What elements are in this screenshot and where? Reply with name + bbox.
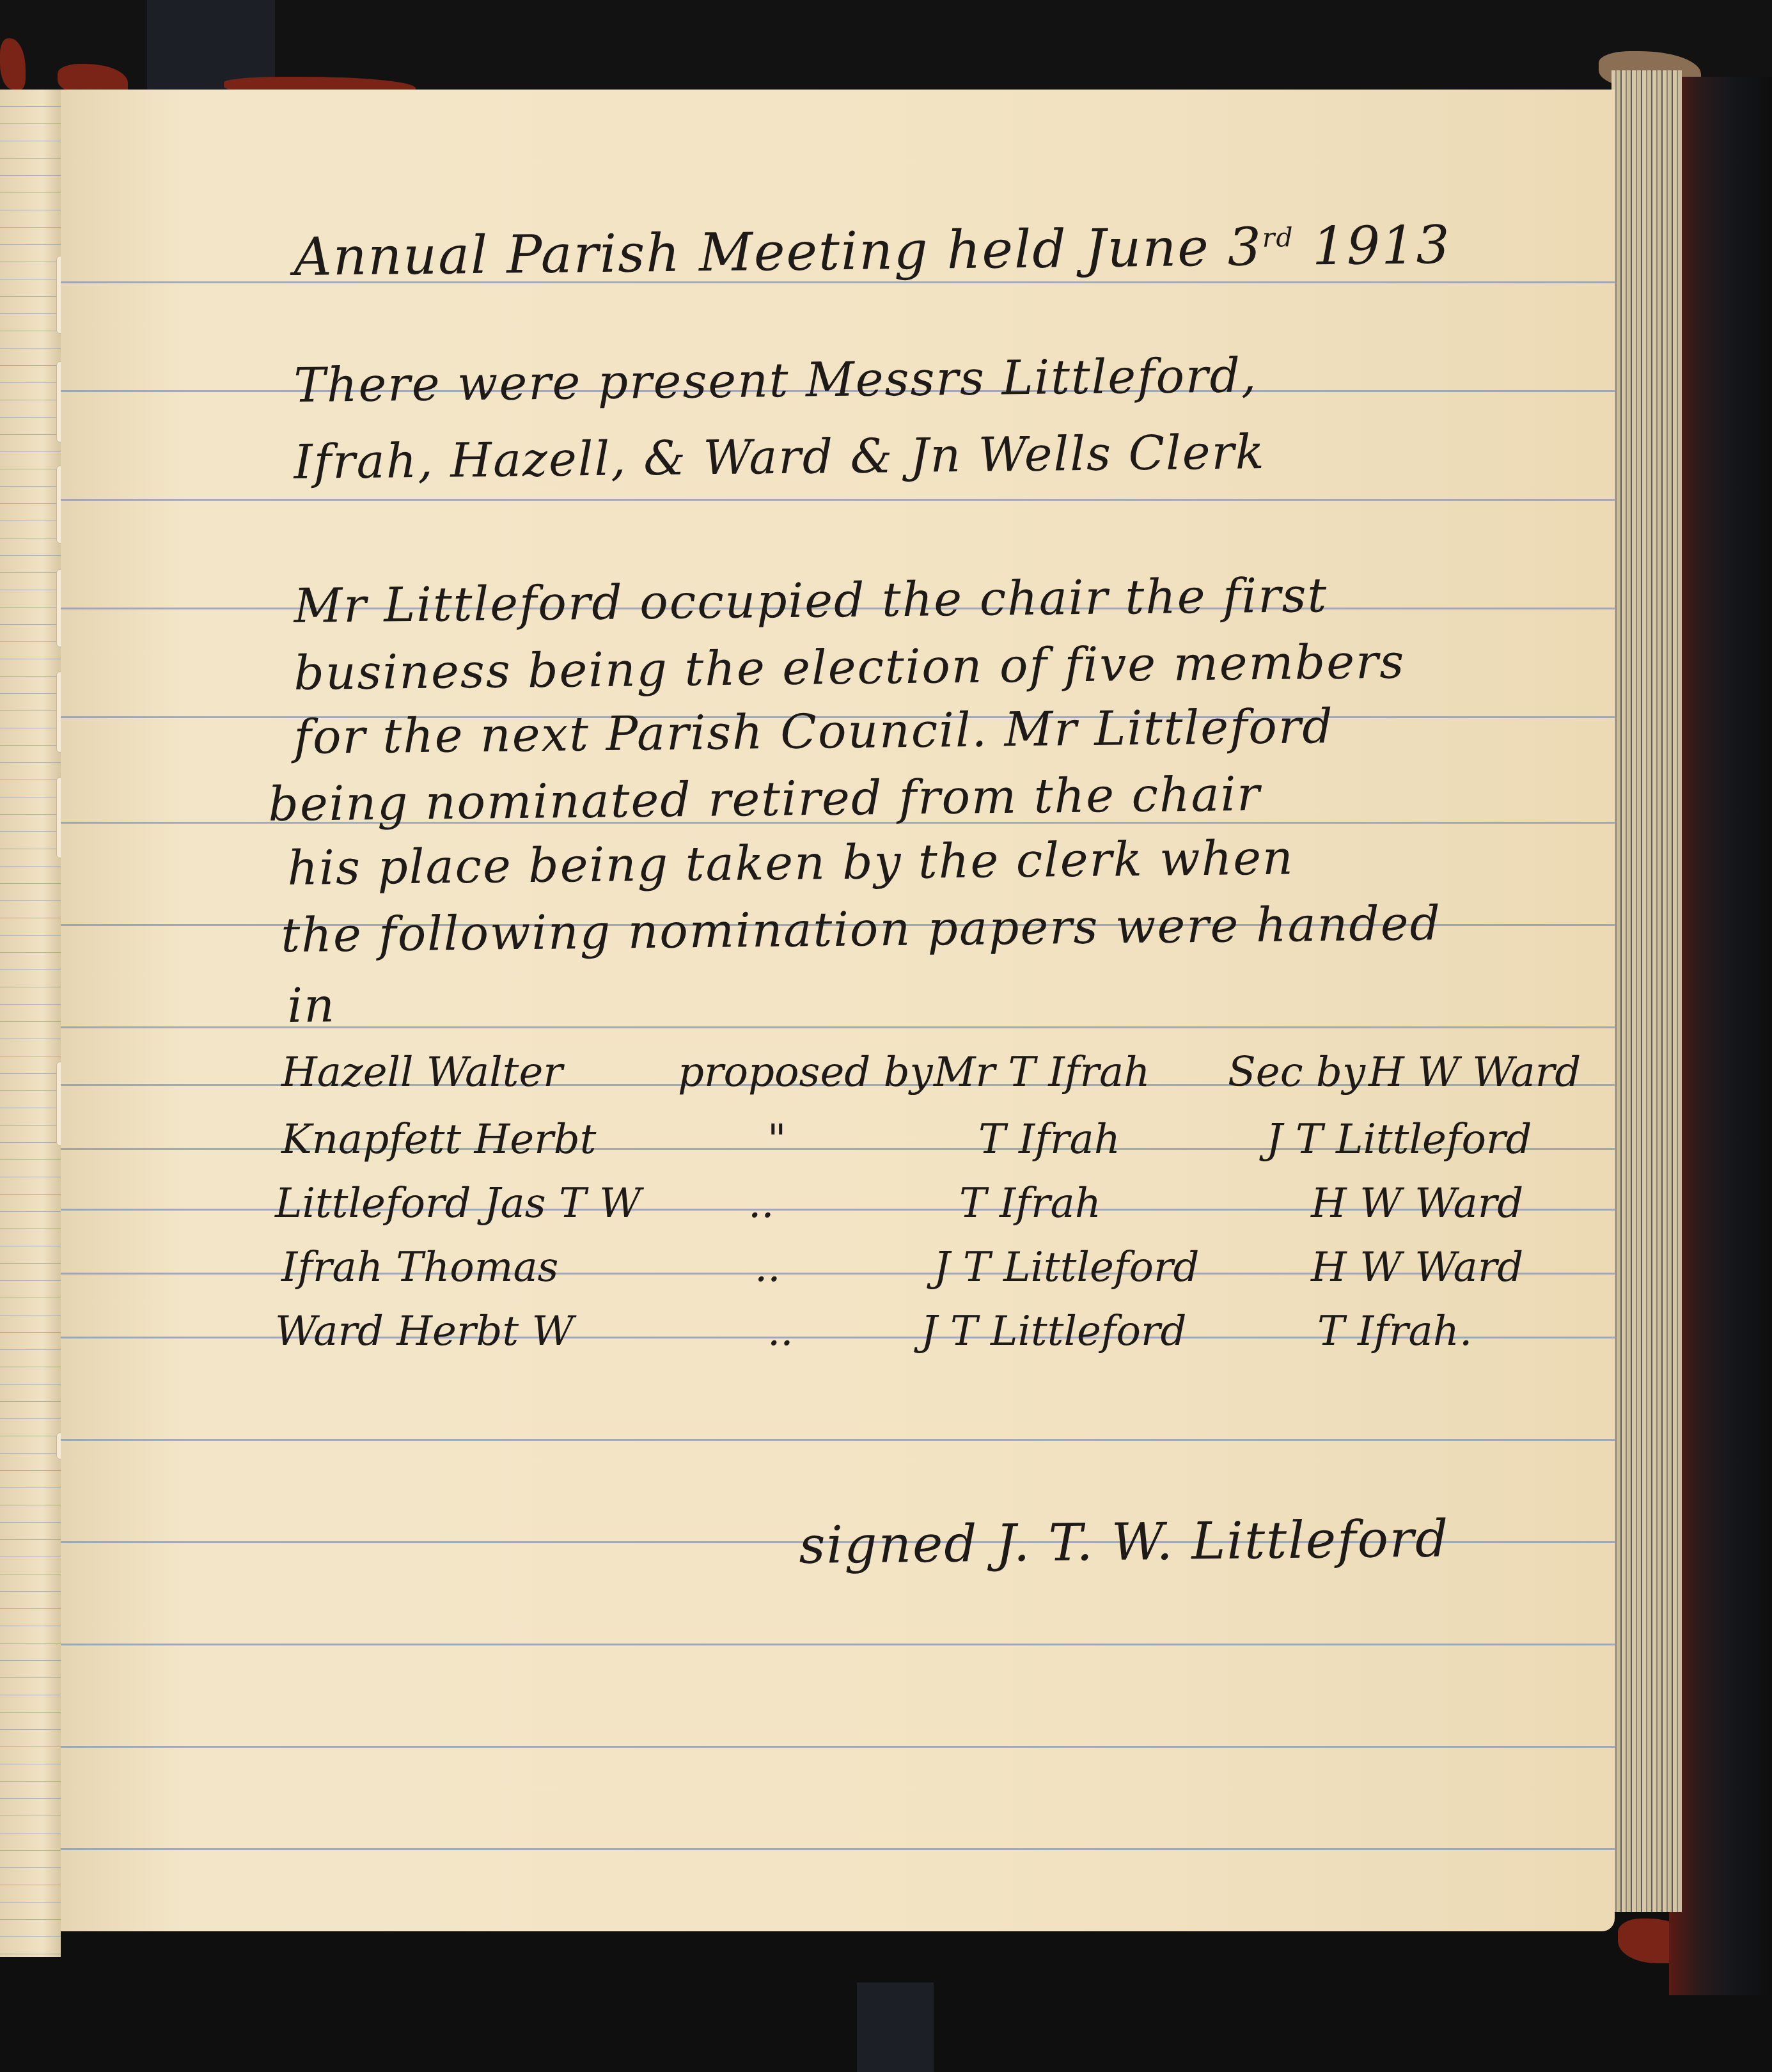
seconder-name: T Ifrah. (1317, 1308, 1472, 1355)
page-stack-edge (1611, 70, 1682, 1912)
candidate-name: Littleford Jas T W (275, 1180, 641, 1227)
body-line: for the next Parish Council. Mr Littlefo… (294, 699, 1334, 765)
seconder-name: J T Littleford (1266, 1116, 1532, 1163)
body-line: being nominated retired from the chair (268, 767, 1261, 832)
heading-text: Annual Parish Meeting held June 3 (294, 217, 1262, 288)
proposer-name: T Ifrah (978, 1116, 1120, 1163)
proposer-name: J T Littleford (934, 1244, 1200, 1291)
meeting-heading: Annual Parish Meeting held June 3rd 1913 (294, 215, 1451, 288)
attendance-line-2: Ifrah, Hazell, & Ward & Jn Wells Clerk (294, 425, 1266, 490)
proposer-name: J T Littleford (921, 1308, 1187, 1355)
book-cover-right (1669, 77, 1772, 1995)
ditto-mark: " (767, 1116, 786, 1163)
left-page (0, 90, 61, 1957)
signature-label: signed (799, 1514, 978, 1575)
proposed-label: proposed by (678, 1049, 933, 1096)
body-line: Mr Littleford occupied the chair the fir… (294, 568, 1328, 634)
candidate-name: Ifrah Thomas (281, 1244, 558, 1291)
proposer-name: Mr T Ifrah (934, 1049, 1150, 1096)
signature-name: J. T. W. Littleford (995, 1509, 1449, 1573)
attendance-line-1: There were present Messrs Littleford, (294, 348, 1258, 413)
seconder-name: H W Ward (1368, 1049, 1581, 1096)
ditto-mark: .. (755, 1244, 781, 1291)
candidate-name: Ward Herbt W (275, 1308, 574, 1355)
proposer-name: T Ifrah (959, 1180, 1101, 1227)
body-line: business being the election of five memb… (294, 634, 1406, 701)
candidate-name: Knapfett Herbt (281, 1116, 596, 1163)
candidate-name: Hazell Walter (281, 1049, 563, 1096)
body-line: in (287, 978, 336, 1033)
ditto-mark: .. (748, 1180, 774, 1227)
bookmark-ribbon (147, 0, 275, 90)
body-line: his place being taken by the clerk when (287, 831, 1294, 896)
bookmark-ribbon-bottom (857, 1982, 934, 2072)
seconder-name: H W Ward (1311, 1244, 1523, 1291)
seconder-label: Sec by (1228, 1049, 1365, 1096)
heading-year: 1913 (1312, 215, 1451, 277)
heading-ordinal: rd (1262, 222, 1294, 253)
seconder-name: H W Ward (1311, 1180, 1523, 1227)
ditto-mark: .. (767, 1308, 794, 1355)
signature-block: signed J. T. W. Littleford (799, 1509, 1450, 1575)
